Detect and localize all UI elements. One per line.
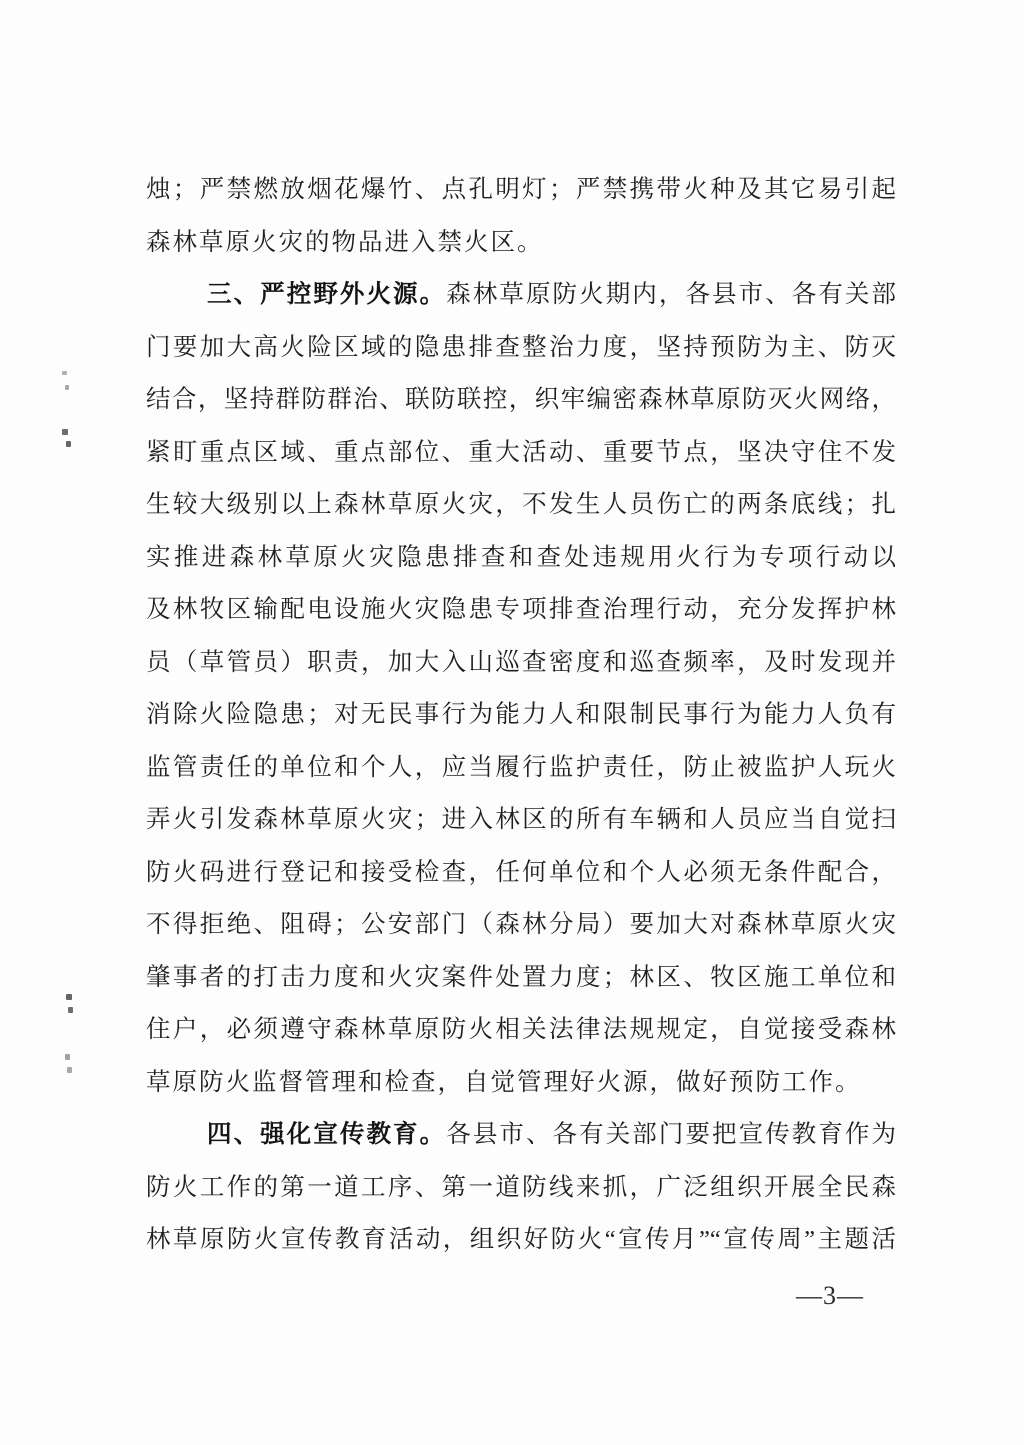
scan-artifact-mark [62, 429, 68, 435]
text-line: 实推进森林草原火灾隐患排查和查处违规用火行为专项行动以 [146, 532, 896, 585]
text-line: 门要加大高火险区域的隐患排查整治力度，坚持预防为主、防灭 [146, 322, 896, 375]
scanned-document-page: 烛；严禁燃放烟花爆竹、点孔明灯；严禁携带火种及其它易引起 森林草原火灾的物品进入… [0, 0, 1024, 1445]
section-three-first-line-text: 森林草原防火期内，各县市、各有关部 [446, 281, 896, 308]
text-line: 肇事者的打击力度和火灾案件处置力度；林区、牧区施工单位和 [146, 952, 896, 1005]
scan-artifact-mark [62, 371, 67, 375]
scan-artifact-mark [466, 551, 469, 555]
text-line: 员（草管员）职责，加大入山巡查密度和巡查频率，及时发现并 [146, 637, 896, 690]
document-body: 烛；严禁燃放烟花爆竹、点孔明灯；严禁携带火种及其它易引起 森林草原火灾的物品进入… [146, 164, 896, 1267]
text-line: 烛；严禁燃放烟花爆竹、点孔明灯；严禁携带火种及其它易引起 [146, 164, 896, 217]
text-line: 弄火引发森林草原火灾；进入林区的所有车辆和人员应当自觉扫 [146, 794, 896, 847]
section-four-first-line-text: 各县市、各有关部门要把宣传教育作为 [446, 1121, 896, 1148]
text-line: 不得拒绝、阻碍；公安部门（森林分局）要加大对森林草原火灾 [146, 899, 896, 952]
scan-artifact-mark [67, 1067, 72, 1073]
scan-artifact-mark [66, 441, 71, 447]
text-line: 监管责任的单位和个人，应当履行监护责任，防止被监护人玩火 [146, 742, 896, 795]
text-line: 及林牧区输配电设施火灾隐患专项排查治理行动，充分发挥护林 [146, 584, 896, 637]
scan-artifact-mark [68, 1007, 73, 1013]
section-three-heading: 三、严控野外火源。 [207, 281, 446, 308]
scan-artifact-mark [65, 1054, 70, 1060]
text-line: 消除火险隐患；对无民事行为能力人和限制民事行为能力人负有 [146, 689, 896, 742]
text-line: 森林草原火灾的物品进入禁火区。 [146, 217, 896, 270]
section-four-heading-line: 四、强化宣传教育。各县市、各有关部门要把宣传教育作为 [146, 1109, 896, 1162]
text-line: 结合，坚持群防群治、联防联控，织牢编密森林草原防灭火网络， [146, 374, 896, 427]
text-line: 紧盯重点区域、重点部位、重大活动、重要节点，坚决守住不发 [146, 427, 896, 480]
text-line: 住户，必须遵守森林草原防火相关法律法规规定，自觉接受森林 [146, 1004, 896, 1057]
text-line: 防火工作的第一道工序、第一道防线来抓，广泛组织开展全民森 [146, 1162, 896, 1215]
text-line: 林草原防火宣传教育活动，组织好防火“宣传月”“宣传周”主题活 [146, 1214, 896, 1267]
scan-artifact-mark [65, 385, 69, 390]
page-number: —3— [796, 1281, 864, 1311]
text-line: 生较大级别以上森林草原火灾，不发生人员伤亡的两条底线；扎 [146, 479, 896, 532]
text-line: 防火码进行登记和接受检查，任何单位和个人必须无条件配合， [146, 847, 896, 900]
section-four-heading: 四、强化宣传教育。 [207, 1121, 446, 1148]
scan-artifact-mark [66, 994, 72, 1000]
text-line: 草原防火监督管理和检查，自觉管理好火源，做好预防工作。 [146, 1057, 896, 1110]
section-three-heading-line: 三、严控野外火源。森林草原防火期内，各县市、各有关部 [146, 269, 896, 322]
